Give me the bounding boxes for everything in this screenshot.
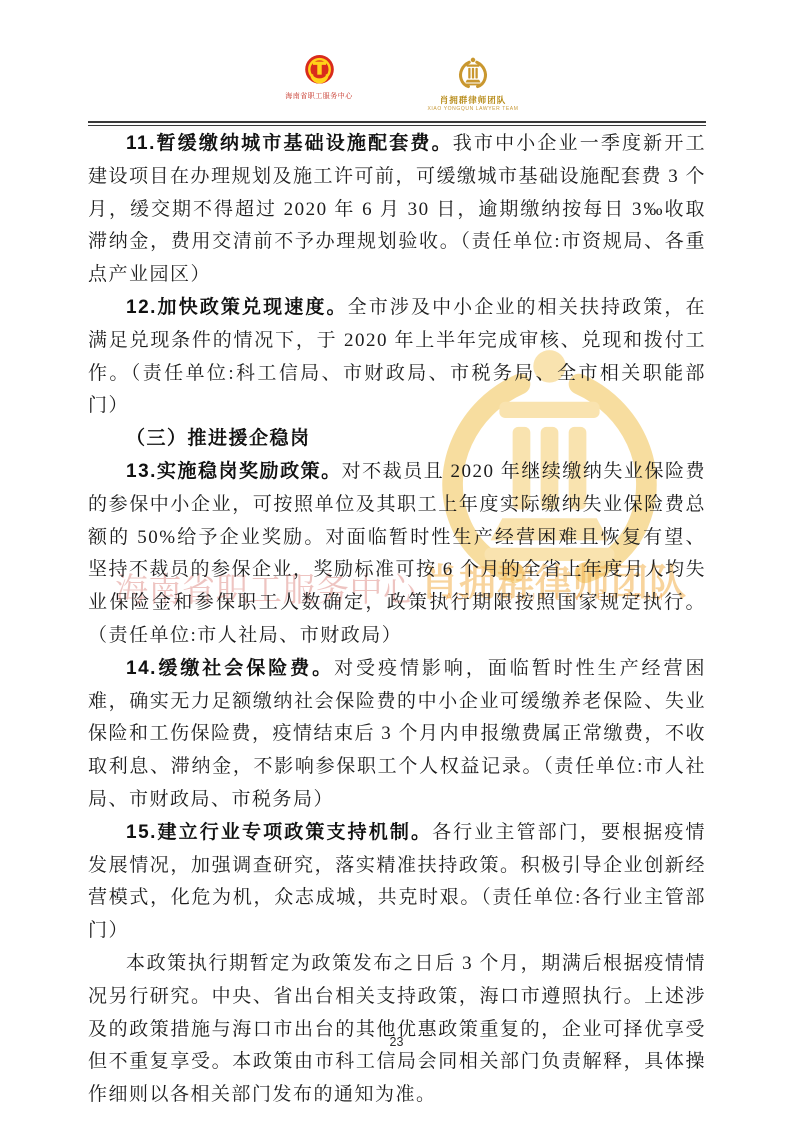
paragraph-11: 11.暂缓缴纳城市基础设施配套费。我市中小企业一季度新开工建设项目在办理规划及施…: [88, 128, 706, 292]
lawyer-team-logo-block: 肖拥群律师团队 XIAO YONGQUN LAWYER TEAM: [418, 55, 528, 112]
union-logo-block: 海南省职工服务中心: [283, 53, 355, 101]
paragraph-11-lead: 11.暂缓缴纳城市基础设施配套费。: [126, 133, 453, 154]
paragraph-12: 12.加快政策兑现速度。全市涉及中小企业的相关扶持政策，在满足兑现条件的情况下，…: [88, 292, 706, 423]
paragraph-closing-text: 本政策执行期暂定为政策发布之日后 3 个月，期满后根据疫情情况另行研究。中央、省…: [88, 953, 706, 1105]
paragraph-13: 13.实施稳岗奖励政策。对不裁员且 2020 年继续缴纳失业保险费的参保中小企业…: [88, 456, 706, 653]
trade-union-logo-icon: [303, 53, 336, 89]
document-body: 11.暂缓缴纳城市基础设施配套费。我市中小企业一季度新开工建设项目在办理规划及施…: [88, 128, 706, 1112]
paragraph-13-text: 对不裁员且 2020 年继续缴纳失业保险费的参保中小企业，可按照单位及其职工上年…: [88, 461, 706, 646]
paragraph-11-text: 我市中小企业一季度新开工建设项目在办理规划及施工许可前，可缓缴城市基础设施配套费…: [88, 133, 706, 285]
union-logo-label: 海南省职工服务中心: [283, 91, 355, 101]
paragraph-14: 14.缓缴社会保险费。对受疫情影响，面临暂时性生产经营困难，确实无力足额缴纳社会…: [88, 653, 706, 817]
paragraph-closing: 本政策执行期暂定为政策发布之日后 3 个月，期满后根据疫情情况另行研究。中央、省…: [88, 948, 706, 1112]
header-divider: [88, 121, 706, 126]
paragraph-14-text: 对受疫情影响，面临暂时性生产经营困难，确实无力足额缴纳社会保险费的中小企业可缓缴…: [88, 658, 706, 810]
paragraph-15-lead: 15.建立行业专项政策支持机制。: [126, 822, 432, 843]
paragraph-12-lead: 12.加快政策兑现速度。: [126, 297, 348, 318]
paragraph-14-lead: 14.缓缴社会保险费。: [126, 658, 334, 679]
document-page: 海南省职工服务中心 肖拥群律师团队 XIAO YONGQUN LAWYER TE…: [0, 0, 793, 1122]
paragraph-15: 15.建立行业专项政策支持机制。各行业主管部门，要根据疫情发展情况，加强调查研究…: [88, 817, 706, 948]
paragraph-13-lead: 13.实施稳岗奖励政策。: [126, 461, 342, 482]
lawyer-team-logo-icon: [452, 55, 494, 93]
lawyer-team-logo-label: 肖拥群律师团队: [418, 94, 528, 106]
section-heading: （三）推进援企稳岗: [88, 423, 706, 456]
lawyer-team-logo-sublabel: XIAO YONGQUN LAWYER TEAM: [418, 106, 528, 112]
